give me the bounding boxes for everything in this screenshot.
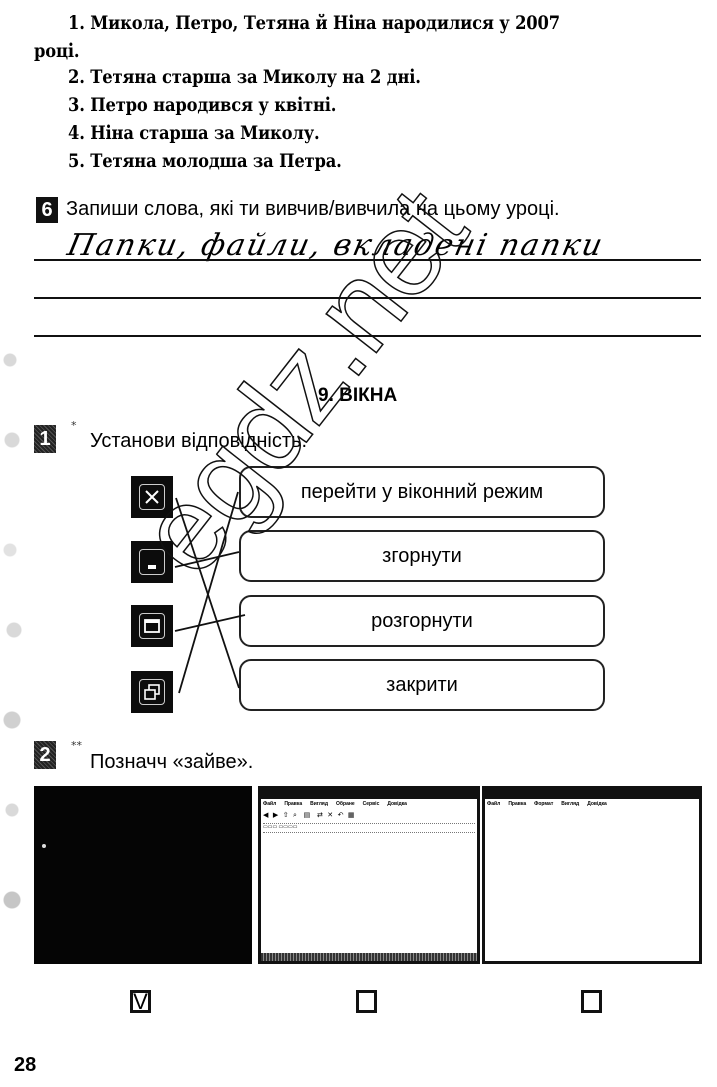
search-icon: ⌕ (293, 811, 297, 819)
menu-item[interactable]: Вигляд (561, 801, 579, 807)
menu-item[interactable]: Правка (284, 801, 302, 807)
line-maximize-to-maximize (175, 615, 245, 631)
menu-item[interactable]: Обране (336, 801, 355, 807)
menu-item[interactable]: Сервіс (363, 801, 380, 807)
move-icon: ⇄ (317, 811, 323, 819)
explorer-toolbar: ◀ ▶ ⇧ ⌕ ▤ ⇄ ✕ ↶ ▦ (263, 811, 475, 824)
explorer-window-screenshot[interactable]: ФайлПравкаВиглядОбранеСервісДовідка ◀ ▶ … (258, 786, 480, 964)
folders-icon: ▤ (304, 811, 311, 819)
up-folder-icon: ⇧ (283, 811, 289, 819)
menu-item[interactable]: Вигляд (310, 801, 328, 807)
delete-icon: ✕ (327, 811, 333, 819)
undo-icon: ↶ (338, 811, 344, 819)
notepad-menubar: ФайлПравкаФорматВиглядДовідка (487, 801, 697, 809)
menu-item[interactable]: Довідка (387, 801, 407, 807)
page-number: 28 (14, 1054, 36, 1077)
checkbox-explorer[interactable] (356, 990, 377, 1013)
menu-item[interactable]: Файл (487, 801, 500, 807)
views-icon: ▦ (348, 811, 355, 819)
task-2-prompt: Позначч «зайве». (90, 751, 253, 774)
task-2-badge: 2 (34, 741, 56, 769)
desktop-icon (42, 844, 46, 848)
window-titlebar (485, 789, 699, 799)
checkbox-notepad[interactable] (581, 990, 602, 1013)
explorer-menubar: ФайлПравкаВиглядОбранеСервісДовідка (263, 801, 475, 809)
window-titlebar (261, 789, 477, 799)
menu-item[interactable]: Довідка (587, 801, 607, 807)
explorer-statusbar (261, 953, 477, 961)
back-icon: ◀ (263, 811, 268, 819)
menu-item[interactable]: Файл (263, 801, 276, 807)
menu-item[interactable]: Формат (534, 801, 553, 807)
forward-icon: ▶ (273, 811, 278, 819)
explorer-address-bar[interactable]: ▭▭▭ ▭▭▭▭ (263, 824, 475, 833)
desktop-screenshot[interactable] (34, 786, 252, 964)
difficulty-mark-2: ** (71, 741, 82, 750)
line-minimize-to-minimize (175, 552, 239, 567)
menu-item[interactable]: Правка (508, 801, 526, 807)
notepad-window-screenshot[interactable]: ФайлПравкаФорматВиглядДовідка (482, 786, 702, 964)
checkbox-desktop[interactable]: V (130, 990, 151, 1013)
line-restore-to-windowed (179, 492, 238, 693)
